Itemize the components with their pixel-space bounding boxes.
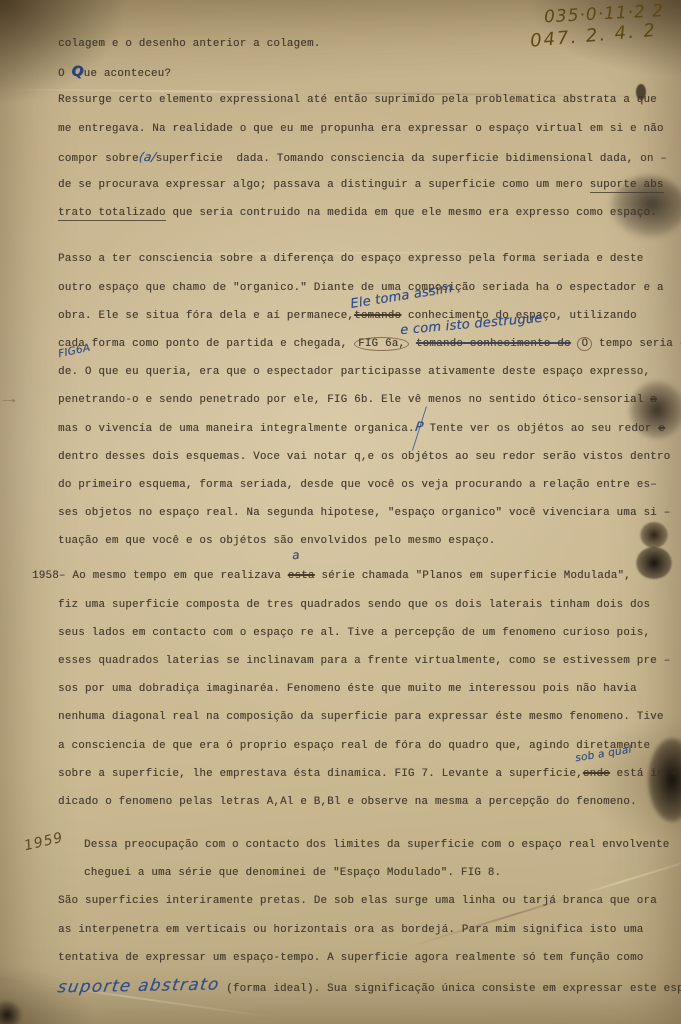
circled-text: O — [577, 337, 592, 351]
typed-text: ses objetos no espaço real. Na segunda h… — [58, 507, 670, 519]
typed-text: tempo seria – — [592, 338, 681, 350]
text-line: Ressurge certo elemento expressional até… — [58, 86, 681, 114]
text-line: mas o vivencía de uma maneira integralme… — [58, 414, 681, 442]
typed-text: mas o vivencía de uma maneira integralme… — [58, 423, 415, 435]
text-line: tentativa de expressar um espaço-tempo. … — [58, 944, 681, 972]
overwritten-letter: Q — [71, 64, 83, 80]
text-line: cheguei a uma série que denominei de "Es… — [58, 859, 681, 887]
text-line: sos por uma dobradiça imaginaréa. Fenome… — [58, 675, 681, 703]
typed-text: compor sobre — [58, 153, 139, 165]
typed-text: O — [58, 68, 71, 80]
handwritten-annotation: FIG6A — [55, 334, 93, 368]
handwritten-text: P — [413, 414, 425, 442]
text-line: as interpenetra em verticais ou horizont… — [58, 916, 681, 944]
typed-text: seus lados em contacto com o espaço re a… — [58, 627, 650, 639]
typed-text: (forma ideal). Sua significação única co… — [219, 983, 681, 995]
text-line: nenhuma diagonal real na composição da s… — [58, 703, 681, 731]
text-line: penetrando-o e sendo penetrado por ele, … — [58, 386, 681, 414]
text-line: ses objetos no espaço real. Na segunda h… — [58, 499, 681, 527]
text-line: sobre a superficie, lhe emprestava ésta … — [58, 760, 681, 788]
typed-text: Dessa preocupação com o contacto dos lim… — [84, 839, 669, 851]
typed-text: me entregava. Na realidade o que eu me p… — [58, 123, 664, 135]
paragraph-block: colagem e o desenho anterior a colagem.O… — [58, 30, 681, 227]
typed-text: esses quadrados laterias se inclinavam p… — [58, 655, 670, 667]
text-line: cada forma como ponto de partida e chega… — [58, 330, 681, 358]
text-line: Passo a ter consciencia sobre a diferenç… — [58, 245, 681, 273]
underlined-text: suporte abs — [590, 179, 664, 193]
text-line: dentro desses dois esquemas. Voce vai no… — [58, 443, 681, 471]
typed-text: 1958– Ao mesmo tempo em que realizava — [32, 570, 288, 582]
archive-code-annotation: 035·0·11·2 2 047. 2. 4. 2 — [544, 4, 671, 45]
typed-text: cheguei a uma série que denominei de "Es… — [84, 867, 501, 879]
text-line: compor sobre(a/superficie dada. Tomando … — [58, 143, 681, 171]
typed-text: de. O que eu queria, era que o espectado… — [58, 366, 650, 378]
text-line: de se procurava expressar algo; passava … — [58, 171, 681, 199]
text-line: obra. Ele se situa fóra dela e aí perman… — [58, 302, 681, 330]
typed-text: Tente ver os objétos ao seu redor — [423, 423, 659, 435]
typed-text: Passo a ter consciencia sobre a diferenç… — [58, 253, 643, 265]
handwritten-text: (a/ — [137, 143, 158, 171]
paragraph-block: Dessa preocupação com o contacto dos lim… — [58, 831, 681, 1000]
text-line: São superficies interiramente pretas. De… — [58, 887, 681, 915]
typed-text: série chamada "Planos em superficie Modu… — [315, 570, 631, 582]
typed-text: tuação em que você e os objétos são envo… — [58, 535, 495, 547]
typed-text: penetrando-o e sendo penetrado por ele, … — [58, 394, 650, 406]
typed-text: dicado o fenomeno pelas letras A,Al e B,… — [58, 796, 637, 808]
typed-text: que seria contruido na medida em que ele… — [166, 207, 657, 219]
typed-text: nenhuma diagonal real na composição da s… — [58, 711, 664, 723]
scanned-document-page: 035·0·11·2 2 047. 2. 4. 2 1959 → colagem… — [0, 0, 681, 1024]
text-line: seus lados em contacto com o espaço re a… — [58, 619, 681, 647]
struck-text: a — [650, 394, 657, 406]
typed-text: está in – — [610, 768, 677, 780]
typed-text: São superficies interiramente pretas. De… — [58, 895, 657, 907]
typed-text: a consciencia de que era ó proprio espaç… — [58, 740, 650, 752]
typed-text: do primeiro esquema, forma seriada, desd… — [58, 479, 657, 491]
struck-text: esta — [288, 570, 315, 582]
typed-text: sobre a superficie, lhe emprestava ésta … — [58, 768, 583, 780]
typed-text: ue aconteceu? — [84, 68, 171, 80]
text-line: do primeiro esquema, forma seriada, desd… — [58, 471, 681, 499]
typed-text: colagem e o desenho anterior a colagem. — [58, 38, 320, 50]
typed-text: obra. Ele se situa fóra dela e aí perman… — [58, 310, 354, 322]
text-line: trato totalizado que seria contruido na … — [58, 199, 681, 227]
text-line: tuação em que você e os objétos são envo… — [58, 527, 681, 555]
typed-text: tentativa de expressar um espaço-tempo. … — [58, 952, 643, 964]
struck-text: e — [658, 423, 665, 435]
margin-arrow-icon: → — [3, 392, 16, 408]
typed-text: cada forma como ponto de partida e chega… — [58, 338, 354, 350]
text-line: 1958– Ao mesmo tempo em que realizava ae… — [32, 562, 681, 590]
handwritten-text: suporte abstrato — [56, 971, 222, 1002]
paragraph-block: Passo a ter consciencia sobre a diferenç… — [58, 245, 681, 555]
typed-text: superficie dada. Tomando consciencia da … — [156, 153, 667, 165]
text-line: me entregava. Na realidade o que eu me p… — [58, 115, 681, 143]
typed-text: Ressurge certo elemento expressional até… — [58, 94, 657, 106]
text-line: Dessa preocupação com o contacto dos lim… — [58, 831, 681, 859]
paragraph-block: 1958– Ao mesmo tempo em que realizava ae… — [58, 562, 681, 816]
text-line: esses quadrados laterias se inclinavam p… — [58, 647, 681, 675]
typewriter-document: colagem e o desenho anterior a colagem.O… — [58, 30, 681, 1000]
text-line: FIG6Ade. O que eu queria, era que o espe… — [58, 358, 681, 386]
typed-text: de se procurava expressar algo; passava … — [58, 179, 590, 191]
typed-text: fiz uma superficie composta de tres quad… — [58, 599, 650, 611]
ink-stain — [0, 1000, 22, 1024]
text-line: suporte abstrato (forma ideal). Sua sign… — [58, 972, 681, 1000]
text-line: O Que aconteceu? — [58, 58, 681, 86]
underlined-text: trato totalizado — [58, 207, 166, 221]
text-line: dicado o fenomeno pelas letras A,Al e B,… — [58, 788, 681, 816]
typed-text: sos por uma dobradiça imaginaréa. Fenome… — [58, 683, 637, 695]
typed-text: dentro desses dois esquemas. Voce vai no… — [58, 451, 670, 463]
text-line: fiz uma superficie composta de tres quad… — [58, 591, 681, 619]
typed-text: as interpenetra em verticais ou horizont… — [58, 924, 643, 936]
